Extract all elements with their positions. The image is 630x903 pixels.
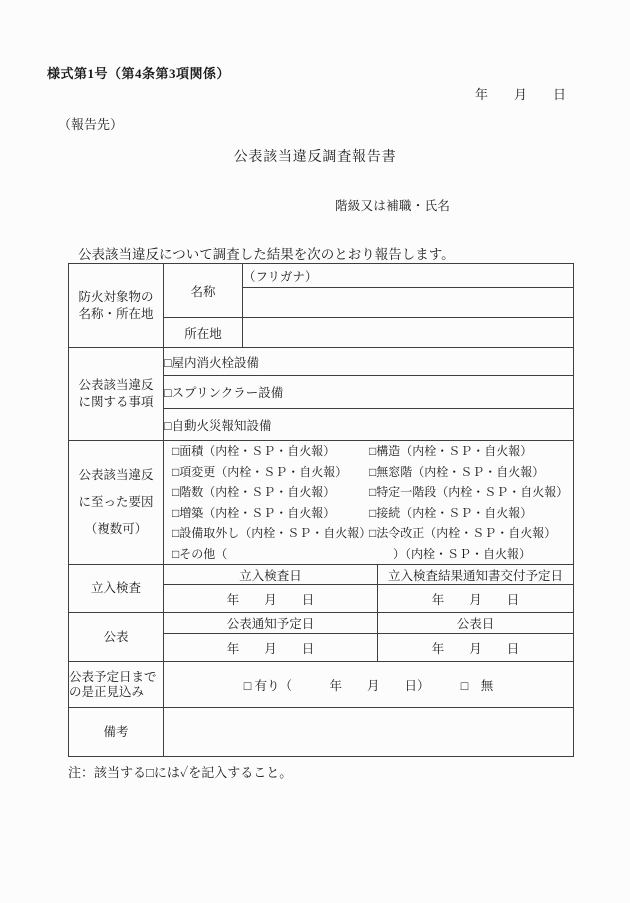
- address-label: 所在地: [164, 318, 243, 348]
- inspection-result-date-input[interactable]: 年 月 日: [378, 585, 574, 613]
- inspection-label: 立入検査: [69, 565, 164, 613]
- publication-date-header: 公表日: [378, 613, 574, 634]
- remarks-input-cell[interactable]: [164, 708, 574, 757]
- checkbox-item-indoor-hydrant[interactable]: □屋内消火栓設備: [164, 348, 574, 376]
- remarks-label: 備考: [69, 708, 164, 757]
- note-text: 注：該当する□には✓を記入すること。: [68, 762, 292, 781]
- cause-item-connection[interactable]: □接続（内栓・ＳＰ・自火報）: [369, 503, 573, 524]
- form-page: 様式第1号（第4条第3項関係） 年 月 日 （報告先） 公表該当違反調査報告書 …: [0, 0, 630, 903]
- violation-items-label: 公表該当違反 に関する事項: [69, 348, 164, 441]
- cause-item-floors[interactable]: □階数（内栓・ＳＰ・自火報）: [172, 482, 369, 503]
- cause-item-area[interactable]: □面積（内栓・ＳＰ・自火報）: [172, 441, 369, 462]
- correction-section-label: 公表予定日まで の是正見込み: [69, 662, 164, 708]
- form-title: 公表該当違反調査報告書: [0, 146, 630, 166]
- report-to-label: （報告先）: [58, 114, 123, 133]
- cause-item-extension[interactable]: □増築（内栓・ＳＰ・自火報）: [172, 503, 369, 524]
- cause-item-structure[interactable]: □構造（内栓・ＳＰ・自火報）: [369, 441, 573, 462]
- cause-item-single-staircase[interactable]: □特定一階段（内栓・ＳＰ・自火報）: [369, 482, 573, 503]
- checkbox-item-sprinkler[interactable]: □スプリンクラー設備: [164, 376, 574, 409]
- cause-item-equipment-removal[interactable]: □設備取外し（内栓・ＳＰ・自火報）: [172, 523, 369, 544]
- checkbox-item-fire-alarm[interactable]: □自動火災報知設備: [164, 409, 574, 441]
- cause-item-windowless-floor[interactable]: □無窓階（内栓・ＳＰ・自火報）: [369, 462, 573, 483]
- publication-notice-date-input[interactable]: 年 月 日: [164, 634, 378, 662]
- report-form-table: 防火対象物の 名称・所在地 名称 （フリガナ） 所在地 公表該当違反 に関する事…: [68, 263, 574, 757]
- inspection-result-header: 立入検査結果通知書交付予定日: [378, 565, 574, 585]
- publication-label: 公表: [69, 613, 164, 662]
- name-label: 名称: [164, 264, 243, 318]
- causes-section-label: 公表該当違反 に至った要因 （複数可）: [69, 441, 164, 565]
- inspection-date-header: 立入検査日: [164, 565, 378, 585]
- causes-checkbox-grid: □面積（内栓・ＳＰ・自火報） □項変更（内栓・ＳＰ・自火報） □階数（内栓・ＳＰ…: [164, 441, 574, 565]
- intro-text: 公表該当違反について調査した結果を次のとおり報告します。: [78, 243, 455, 263]
- rank-name-label: 階級又は補職・氏名: [335, 196, 450, 214]
- property-section-label: 防火対象物の 名称・所在地: [69, 264, 164, 348]
- cause-item-other[interactable]: □その他（: [172, 544, 369, 565]
- address-input-cell[interactable]: [243, 318, 574, 348]
- publication-notice-header: 公表通知予定日: [164, 613, 378, 634]
- cause-item-other-close: ）（内栓・ＳＰ・自火報）: [369, 544, 573, 565]
- cause-item-law-revision[interactable]: □法令改正（内栓・ＳＰ・自火報）: [369, 523, 573, 544]
- correction-options[interactable]: □ 有り（ 年 月 日） □ 無: [164, 662, 574, 708]
- inspection-date-input[interactable]: 年 月 日: [164, 585, 378, 613]
- furigana-field[interactable]: （フリガナ）: [243, 264, 574, 288]
- publication-date-input[interactable]: 年 月 日: [378, 634, 574, 662]
- form-number: 様式第1号（第4条第3項関係）: [47, 63, 230, 82]
- cause-item-use-change[interactable]: □項変更（内栓・ＳＰ・自火報）: [172, 462, 369, 483]
- name-input-cell[interactable]: [243, 288, 574, 318]
- report-date-line[interactable]: 年 月 日: [440, 84, 566, 103]
